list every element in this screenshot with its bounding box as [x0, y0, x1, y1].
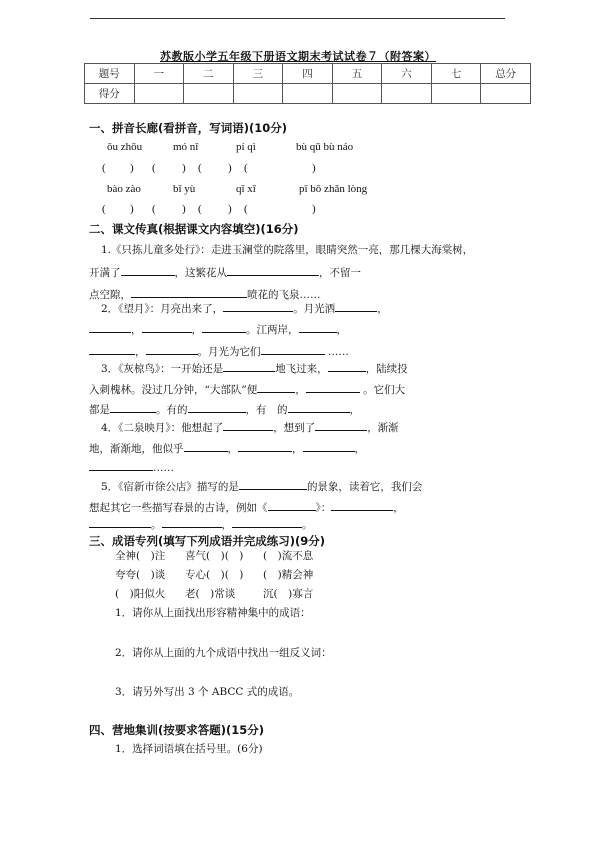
fill-blank[interactable] — [299, 321, 337, 333]
pinyin-1: ōu zhōu — [107, 141, 142, 153]
fill-blank[interactable] — [335, 300, 377, 312]
idiom-4: 夸夸( )谈 — [115, 567, 165, 582]
pinyin-5: bào zào — [107, 183, 141, 195]
fill-blank[interactable] — [184, 440, 228, 452]
fill-blank[interactable] — [303, 440, 355, 452]
fill-blank[interactable] — [162, 516, 222, 528]
fill-blank[interactable] — [89, 343, 135, 355]
page-title: 苏教版小学五年级下册语文期末考试试卷７（附答案） — [0, 48, 596, 64]
fill-blank[interactable] — [223, 300, 293, 312]
fill-blank[interactable] — [268, 499, 316, 511]
fill-blank[interactable] — [202, 321, 246, 333]
fill-blank[interactable] — [238, 440, 292, 452]
fill-blank[interactable] — [223, 419, 273, 431]
score-table-score-row: 得分 — [85, 84, 531, 104]
q2-2-line1: 2．《望月》：月亮出来了，。月光洒， — [101, 300, 388, 316]
idiom-5: 专心( )( ) — [185, 567, 243, 582]
q2-4-line3: …… — [89, 459, 174, 474]
q2-3-line2: 入刺槐林。没过几分钟，“大部队”便， 。它们大 — [89, 381, 405, 397]
section3-q1: 1．请你从上面找出形容精神集中的成语： — [115, 605, 311, 620]
fill-blank[interactable] — [227, 264, 319, 276]
fill-blank[interactable] — [306, 381, 360, 393]
fill-blank[interactable] — [261, 343, 325, 355]
q2-1-line1: 1.《只拣儿童多处行》：走进玉澜堂的院落里，眼睛突然一亮，那几棵大海棠树， — [101, 242, 473, 257]
fill-blank[interactable] — [328, 360, 366, 372]
score-row-label: 得分 — [85, 84, 135, 104]
fill-blank[interactable] — [131, 286, 247, 298]
fill-blank[interactable] — [89, 459, 153, 471]
fill-blank[interactable] — [89, 321, 131, 333]
section1-heading: 一、拼音长廊(看拼音，写词语)(10分) — [89, 120, 287, 136]
fill-blank[interactable] — [223, 360, 275, 372]
q2-5-line2: 想起其它一些描写春景的古诗，例如《》：， — [89, 499, 404, 515]
score-cell — [283, 84, 333, 104]
fill-blank[interactable] — [110, 401, 156, 413]
idiom-6: ( )精会神 — [263, 567, 313, 582]
q2-2-line3: ，。月光为它们 …… — [89, 343, 349, 359]
idiom-2: 喜气( )( ) — [185, 548, 243, 563]
score-header-cell: 六 — [382, 64, 432, 84]
q2-4-line1: 4．《二泉映月》：他想起了，想到了，渐渐 — [101, 419, 399, 435]
fill-blank[interactable] — [315, 419, 367, 431]
score-table: 题号 一 二 三 四 五 六 七 总分 得分 — [84, 63, 531, 104]
fill-blank[interactable] — [232, 516, 302, 528]
score-header-cell: 题号 — [85, 64, 135, 84]
section3-heading: 三、成语专列(填写下列成语并完成练习)(9分) — [89, 533, 325, 549]
pinyin-3: pí qì — [236, 141, 256, 153]
idiom-3: ( )流不息 — [263, 548, 313, 563]
score-cell — [382, 84, 432, 104]
q2-2-line2: ，，。江两岸，， — [89, 321, 347, 337]
q2-3-line3: 都是。有的，有 的， — [89, 401, 360, 417]
score-cell — [431, 84, 481, 104]
fill-blank[interactable] — [239, 478, 307, 490]
pinyin-2: mó nǐ — [173, 141, 198, 153]
section3-q3: 3．请另外写出 3 个 ABCC 式的成语。 — [115, 684, 299, 699]
section2-heading: 二、课文传真(根据课文内容填空)(16分) — [89, 221, 299, 237]
fill-blank[interactable] — [288, 401, 350, 413]
fill-blank[interactable] — [188, 401, 246, 413]
pinyin-8: pī bō zhǎn lòng — [299, 183, 367, 195]
idiom-8: 老( )常谈 — [185, 586, 235, 601]
score-cell — [134, 84, 184, 104]
q2-5-line3: 。，。 — [89, 516, 313, 532]
score-header-cell: 三 — [233, 64, 283, 84]
score-cell — [233, 84, 283, 104]
q2-3-line1: 3．《灰椋鸟》：一开始还是地飞过来，，陆续投 — [101, 360, 408, 376]
score-header-cell: 七 — [431, 64, 481, 84]
fill-blank[interactable] — [89, 516, 151, 528]
pinyin-6: bǐ yù — [173, 183, 195, 195]
score-header-cell: 总分 — [481, 64, 531, 84]
score-table-header-row: 题号 一 二 三 四 五 六 七 总分 — [85, 64, 531, 84]
idiom-1: 全神( )注 — [115, 548, 165, 563]
section3-q2: 2．请你从上面的九个成语中找出一组反义词： — [115, 645, 332, 660]
pinyin-4: bù qū bù náo — [296, 141, 353, 153]
header-rule — [90, 18, 505, 19]
q2-4-line2: 地，渐渐地，他似乎，，， — [89, 440, 365, 456]
score-cell — [481, 84, 531, 104]
idiom-9: 沉( )寡言 — [263, 586, 313, 601]
section4-heading: 四、营地集训(按要求答题)(15分) — [89, 722, 264, 738]
fill-blank[interactable] — [146, 343, 198, 355]
fill-blank[interactable] — [121, 264, 175, 276]
score-cell — [184, 84, 234, 104]
pinyin-7: qī xī — [236, 183, 256, 195]
q2-5-line1: 5．《宿新市徐公店》描写的是的景象，读着它，我们会 — [101, 478, 422, 494]
fill-blank[interactable] — [331, 499, 393, 511]
fill-blank[interactable] — [257, 381, 295, 393]
q2-1-line2: 开满了，这繁花从，不留一 — [89, 264, 361, 280]
score-cell — [332, 84, 382, 104]
fill-blank[interactable] — [142, 321, 192, 333]
score-header-cell: 一 — [134, 64, 184, 84]
score-header-cell: 五 — [332, 64, 382, 84]
idiom-7: ( )阳似火 — [115, 586, 165, 601]
section4-q1: 1．选择词语填在括号里。(6分) — [115, 741, 263, 756]
score-header-cell: 四 — [283, 64, 333, 84]
score-header-cell: 二 — [184, 64, 234, 84]
